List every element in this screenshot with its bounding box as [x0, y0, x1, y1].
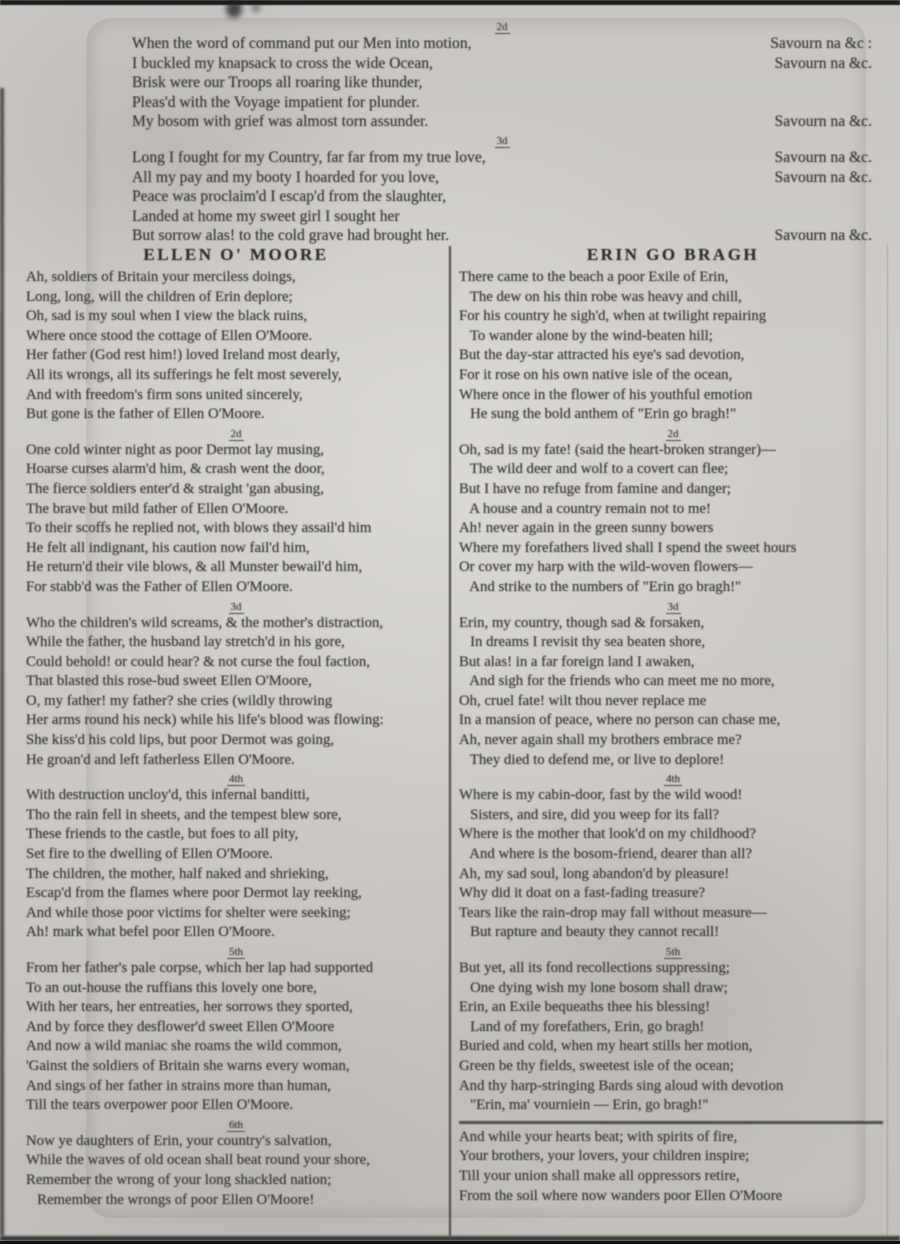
scan-top-edge [0, 0, 900, 5]
verse-line: Her arms round his neck) while his life'… [26, 711, 446, 731]
refrain-text [864, 73, 872, 93]
verse-line: Landed at home my sweet girl I sought he… [132, 207, 872, 227]
verse-line: They died to defend me, or live to deplo… [459, 751, 887, 771]
verse-line: A house and a country remain not to me! [459, 500, 887, 520]
verse-line: And while your hearts beat; with spirits… [459, 1128, 887, 1148]
verse-line: Where once in the flower of his youthful… [459, 386, 887, 406]
erin-go-bragh-stanzas: There came to the beach a poor Exile of … [459, 268, 887, 1116]
verse-line: Oh, sad is my fate! (said the heart-brok… [459, 441, 887, 461]
stanza: And while your hearts beat; with spirits… [459, 1128, 887, 1206]
refrain-text: Savourn na &c. [767, 168, 872, 188]
verse-line: Why did it doat on a fast-fading treasur… [459, 884, 887, 904]
verse-line: To their scoffs he replied not, with blo… [26, 519, 446, 539]
verse-text: When the word of command put our Men int… [132, 34, 472, 54]
verse-text: Landed at home my sweet girl I sought he… [132, 207, 400, 227]
stanza-marker: 5th [26, 946, 446, 959]
verse-line: While the waves of old ocean shall beat … [26, 1151, 446, 1171]
verse-line: Oh, cruel fate! wilt thou never replace … [459, 692, 887, 712]
refrain-text: Savourn na &c. [767, 112, 872, 132]
verse-line: With her tears, her entreaties, her sorr… [26, 998, 446, 1018]
verse-line: The dew on his thin robe was heavy and c… [459, 288, 887, 308]
verse-line: Long, long, will the children of Erin de… [26, 288, 446, 308]
verse-line: The brave but mild father of Ellen O'Moo… [26, 500, 446, 520]
verse-line: Her father (God rest him!) loved Ireland… [26, 346, 446, 366]
stanza: From her father's pale corpse, which her… [26, 959, 446, 1116]
verse-line: For it rose on his own native isle of th… [459, 366, 887, 386]
verse-line: Brisk were our Troops all roaring like t… [132, 73, 872, 93]
verse-line: But I have no refuge from famine and dan… [459, 480, 887, 500]
verse-line: Buried and cold, when my heart stills he… [459, 1037, 887, 1057]
verse-line: These friends to the castle, but foes to… [26, 825, 446, 845]
verse-line: All my pay and my booty I hoarded for yo… [132, 168, 872, 188]
verse-line: Ah, never again shall my brothers embrac… [459, 731, 887, 751]
verse-line: Oh, sad is my soul when I view the black… [26, 307, 446, 327]
verse-text: All my pay and my booty I hoarded for yo… [132, 168, 439, 188]
refrain-text: Savourn na &c. [767, 226, 872, 246]
refrain-text: Savourn na &c : [762, 34, 872, 54]
verse-line: 'Gainst the soldiers of Britain she warn… [26, 1057, 446, 1077]
broadside-page: 2dWhen the word of command put our Men i… [0, 0, 900, 1244]
stanza: Ah, soldiers of Britain your merciless d… [26, 268, 446, 425]
verse-line: Where is my cabin-door, fast by the wild… [459, 786, 887, 806]
refrain-text [864, 187, 872, 207]
verse-line: Ah! never again in the green sunny bower… [459, 519, 887, 539]
verse-text: Pleas'd with the Voyage impatient for pl… [132, 93, 420, 113]
verse-text: Long I fought for my Country, far far fr… [132, 148, 486, 168]
ellen-omoore-stanzas: Ah, soldiers of Britain your merciless d… [26, 268, 446, 1210]
verse-line: He return'd their vile blows, & all Muns… [26, 558, 446, 578]
verse-line: And while those poor victims for shelter… [26, 904, 446, 924]
stanza-marker: 2d [132, 21, 872, 34]
verse-line: And now a wild maniac she roams the wild… [26, 1037, 446, 1057]
stanza-marker: 4th [459, 773, 887, 786]
verse-text: I buckled my knapsack to cross the wide … [132, 54, 433, 74]
stanza-marker: 5th [459, 946, 887, 959]
verse-line: Sisters, and sire, did you weep for its … [459, 806, 887, 826]
column-divider-rule [449, 246, 451, 1236]
verse-line: Land of my forefathers, Erin, go bragh! [459, 1018, 887, 1038]
erin-go-bragh-column: ERIN GO BRAGH There came to the beach a … [454, 244, 888, 1236]
song-columns: ELLEN O' MOORE Ah, soldiers of Britain y… [26, 244, 888, 1236]
refrain-text: Savourn na &c. [767, 148, 872, 168]
verse-line: And thy harp-stringing Bards sing aloud … [459, 1077, 887, 1097]
stanza-marker: 6th [26, 1119, 446, 1132]
verse-line: I buckled my knapsack to cross the wide … [132, 54, 872, 74]
stanza: One cold winter night as poor Dermot lay… [26, 441, 446, 598]
verse-line: Ah, soldiers of Britain your merciless d… [26, 268, 446, 288]
verse-line: Till the tears overpower poor Ellen O'Mo… [26, 1096, 446, 1116]
stanza: When the word of command put our Men int… [132, 34, 872, 132]
stanza: Where is my cabin-door, fast by the wild… [459, 786, 887, 943]
verse-line: Where my forefathers lived shall I spend… [459, 539, 887, 559]
verse-line: Tears like the rain-drop may fall withou… [459, 904, 887, 924]
verse-line: There came to the beach a poor Exile of … [459, 268, 887, 288]
stanza: Erin, my country, though sad & forsaken,… [459, 614, 887, 771]
stanza: Oh, sad is my fate! (said the heart-brok… [459, 441, 887, 598]
verse-line: Ah, my sad soul, long abandon'd by pleas… [459, 865, 887, 885]
verse-line: The wild deer and wolf to a covert can f… [459, 460, 887, 480]
verse-text: Peace was proclaim'd I escap'd from the … [132, 187, 446, 207]
verse-line: From her father's pale corpse, which her… [26, 959, 446, 979]
verse-line: But sorrow alas! to the cold grave had b… [132, 226, 872, 246]
verse-line: But rapture and beauty they cannot recal… [459, 923, 887, 943]
stanza: Now ye daughters of Erin, your country's… [26, 1132, 446, 1210]
refrain-text [864, 93, 872, 113]
scan-left-edge [0, 88, 4, 1236]
stanza-marker: 3d [132, 135, 872, 148]
verse-line: One dying wish my lone bosom shall draw; [459, 979, 887, 999]
verse-line: Hoarse curses alarm'd him, & crash went … [26, 460, 446, 480]
verse-line: He sung the bold anthem of "Erin go brag… [459, 405, 887, 425]
verse-line: He groan'd and left fatherless Ellen O'M… [26, 751, 446, 771]
verse-line: To an out-house the ruffians this lovely… [26, 979, 446, 999]
verse-line: For stabb'd was the Father of Ellen O'Mo… [26, 578, 446, 598]
verse-line: But yet, all its fond recollections supp… [459, 959, 887, 979]
verse-line: Pleas'd with the Voyage impatient for pl… [132, 93, 872, 113]
song-title-erin-go-bragh: ERIN GO BRAGH [459, 244, 887, 265]
stanza-marker: 2d [459, 428, 887, 441]
verse-line: The fierce soldiers enter'd & straight '… [26, 480, 446, 500]
refrain-text: Savourn na &c. [767, 54, 872, 74]
verse-line: When the word of command put our Men int… [132, 34, 872, 54]
verse-line: In dreams I revisit thy sea beaten shore… [459, 633, 887, 653]
verse-line: Escap'd from the flames where poor Dermo… [26, 884, 446, 904]
song-title-ellen-omoore: ELLEN O' MOORE [26, 244, 446, 265]
verse-line: The children, the mother, half naked and… [26, 865, 446, 885]
verse-line: To wander alone by the wind-beaten hill; [459, 327, 887, 347]
stanza-marker: 3d [459, 601, 887, 614]
verse-line: My bosom with grief was almost torn assu… [132, 112, 872, 132]
verse-line: While the father, the husband lay stretc… [26, 633, 446, 653]
verse-line: Green be thy fields, sweetest isle of th… [459, 1057, 887, 1077]
verse-text: Brisk were our Troops all roaring like t… [132, 73, 422, 93]
section-rule [459, 1121, 883, 1124]
verse-line: With destruction uncloy'd, this infernal… [26, 786, 446, 806]
verse-line: Long I fought for my Country, far far fr… [132, 148, 872, 168]
verse-line: One cold winter night as poor Dermot lay… [26, 441, 446, 461]
verse-line: But gone is the father of Ellen O'Moore. [26, 405, 446, 425]
verse-line: But the day-star attracted his eye's sad… [459, 346, 887, 366]
stanza: Long I fought for my Country, far far fr… [132, 148, 872, 246]
verse-line: Or cover my harp with the wild-woven flo… [459, 558, 887, 578]
verse-line: And sigh for the friends who can meet me… [459, 672, 887, 692]
stanza: Who the children's wild screams, & the m… [26, 614, 446, 771]
verse-line: In a mansion of peace, where no person c… [459, 711, 887, 731]
refrain-text [864, 207, 872, 227]
verse-line: Who the children's wild screams, & the m… [26, 614, 446, 634]
verse-line: Now ye daughters of Erin, your country's… [26, 1132, 446, 1152]
ink-smudge [226, 0, 242, 18]
closing-stanza: And while your hearts beat; with spirits… [459, 1128, 887, 1206]
verse-text: But sorrow alas! to the cold grave had b… [132, 226, 449, 246]
verse-line: He felt all indignant, his caution now f… [26, 539, 446, 559]
ellen-omoore-column: ELLEN O' MOORE Ah, soldiers of Britain y… [26, 244, 446, 1236]
top-song-section: 2dWhen the word of command put our Men i… [132, 18, 872, 246]
verse-line: Your brothers, your lovers, your childre… [459, 1147, 887, 1167]
verse-line: And strike to the numbers of "Erin go br… [459, 578, 887, 598]
verse-line: Tho the rain fell in sheets, and the tem… [26, 806, 446, 826]
verse-line: And sings of her father in strains more … [26, 1077, 446, 1097]
verse-line: Erin, an Exile bequeaths thee his blessi… [459, 998, 887, 1018]
verse-line: Remember the wrongs of poor Ellen O'Moor… [26, 1191, 446, 1211]
verse-line: She kiss'd his cold lips, but poor Dermo… [26, 731, 446, 751]
verse-line: Where once stood the cottage of Ellen O'… [26, 327, 446, 347]
verse-line: And with freedom's firm sons united sinc… [26, 386, 446, 406]
ink-smudge [252, 2, 260, 12]
stanza-marker: 4th [26, 773, 446, 786]
verse-line: Set fire to the dwelling of Ellen O'Moor… [26, 845, 446, 865]
verse-line: And by force they desflower'd sweet Elle… [26, 1018, 446, 1038]
verse-line: For his country he sigh'd, when at twili… [459, 307, 887, 327]
verse-line: From the soil where now wanders poor Ell… [459, 1187, 887, 1207]
verse-line: Could behold! or could hear? & not curse… [26, 653, 446, 673]
verse-line: That blasted this rose-bud sweet Ellen O… [26, 672, 446, 692]
verse-text: My bosom with grief was almost torn assu… [132, 112, 428, 132]
verse-line: O, my father! my father? she cries (wild… [26, 692, 446, 712]
verse-line: Ah! mark what befel poor Ellen O'Moore. [26, 923, 446, 943]
stanza: With destruction uncloy'd, this infernal… [26, 786, 446, 943]
stanza: There came to the beach a poor Exile of … [459, 268, 887, 425]
verse-line: And where is the bosom-friend, dearer th… [459, 845, 887, 865]
verse-line: Peace was proclaim'd I escap'd from the … [132, 187, 872, 207]
verse-line: All its wrongs, all its sufferings he fe… [26, 366, 446, 386]
stanza: But yet, all its fond recollections supp… [459, 959, 887, 1116]
verse-line: Remember the wrong of your long shackled… [26, 1171, 446, 1191]
verse-line: Where is the mother that look'd on my ch… [459, 825, 887, 845]
stanza-marker: 3d [26, 601, 446, 614]
verse-line: But alas! in a far foreign land I awaken… [459, 653, 887, 673]
stanza-marker: 2d [26, 428, 446, 441]
verse-line: "Erin, ma' vourniein — Erin, go bragh!" [459, 1096, 887, 1116]
verse-line: Erin, my country, though sad & forsaken, [459, 614, 887, 634]
verse-line: Till your union shall make all oppressor… [459, 1167, 887, 1187]
